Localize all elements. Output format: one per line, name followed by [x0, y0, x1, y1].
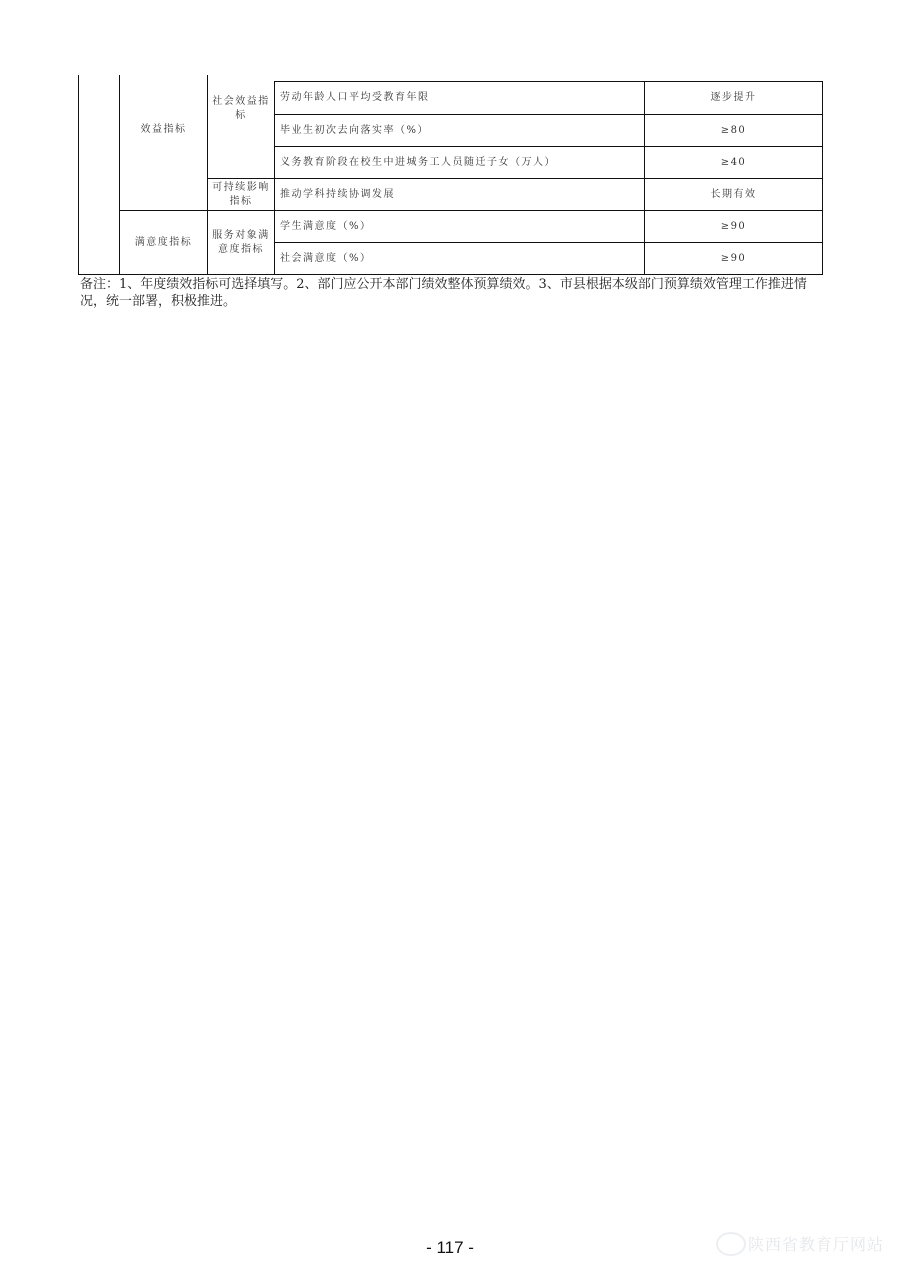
indicator-text: 义务教育阶段在校生中进城务工人员随迁子女（万人） — [280, 156, 556, 170]
indicator-text: 毕业生初次去向落实率（%） — [280, 124, 429, 138]
table-bottom — [78, 274, 823, 275]
level3-cell-service-satisfaction: 服务对象满意度指标 — [208, 211, 274, 274]
indicator-cell: 毕业生初次去向落实率（%） — [275, 115, 644, 146]
indicator-cell: 社会满意度（%） — [275, 243, 644, 274]
indicator-text: 社会满意度（%） — [280, 252, 372, 266]
target-value: ≥90 — [721, 220, 747, 234]
level3-cell-sustainable: 可持续影响指标 — [208, 179, 274, 210]
target-value: 逐步提升 — [711, 91, 757, 105]
target-value: ≥40 — [721, 156, 747, 170]
target-cell: 逐步提升 — [645, 82, 822, 114]
level2-label: 满意度指标 — [135, 236, 193, 250]
indicator-text: 劳动年龄人口平均受教育年限 — [280, 91, 430, 105]
target-cell: ≥90 — [645, 243, 822, 274]
target-cell: 长期有效 — [645, 179, 822, 210]
target-cell: ≥80 — [645, 115, 822, 146]
indicator-cell: 劳动年龄人口平均受教育年限 — [275, 82, 644, 114]
indicator-cell: 学生满意度（%） — [275, 211, 644, 242]
level3-label: 社会效益指标 — [210, 95, 272, 123]
level3-label: 服务对象满意度指标 — [210, 229, 272, 257]
indicator-cell: 义务教育阶段在校生中进城务工人员随迁子女（万人） — [275, 147, 644, 178]
level3-label: 可持续影响指标 — [210, 181, 272, 209]
level2-label: 效益指标 — [141, 123, 187, 137]
target-cell: ≥90 — [645, 211, 822, 242]
footnote: 备注：1、年度绩效指标可选择填写。2、部门应公开本部门绩效整体预算绩效。3、市县… — [80, 276, 825, 310]
level3-cell-social-benefit: 社会效益指标 — [208, 95, 274, 125]
level2-cell-benefit: 效益指标 — [120, 81, 207, 178]
page-number: - 117 - — [0, 1238, 900, 1258]
target-value: ≥80 — [721, 124, 747, 138]
indicator-cell: 推动学科持续协调发展 — [275, 179, 644, 210]
target-value: 长期有效 — [711, 188, 757, 202]
level2-cell-satisfaction: 满意度指标 — [120, 211, 207, 274]
table-border-left — [78, 75, 79, 274]
indicator-text: 学生满意度（%） — [280, 220, 372, 234]
target-cell: ≥40 — [645, 147, 822, 178]
target-value: ≥90 — [721, 252, 747, 266]
indicator-text: 推动学科持续协调发展 — [280, 188, 395, 202]
